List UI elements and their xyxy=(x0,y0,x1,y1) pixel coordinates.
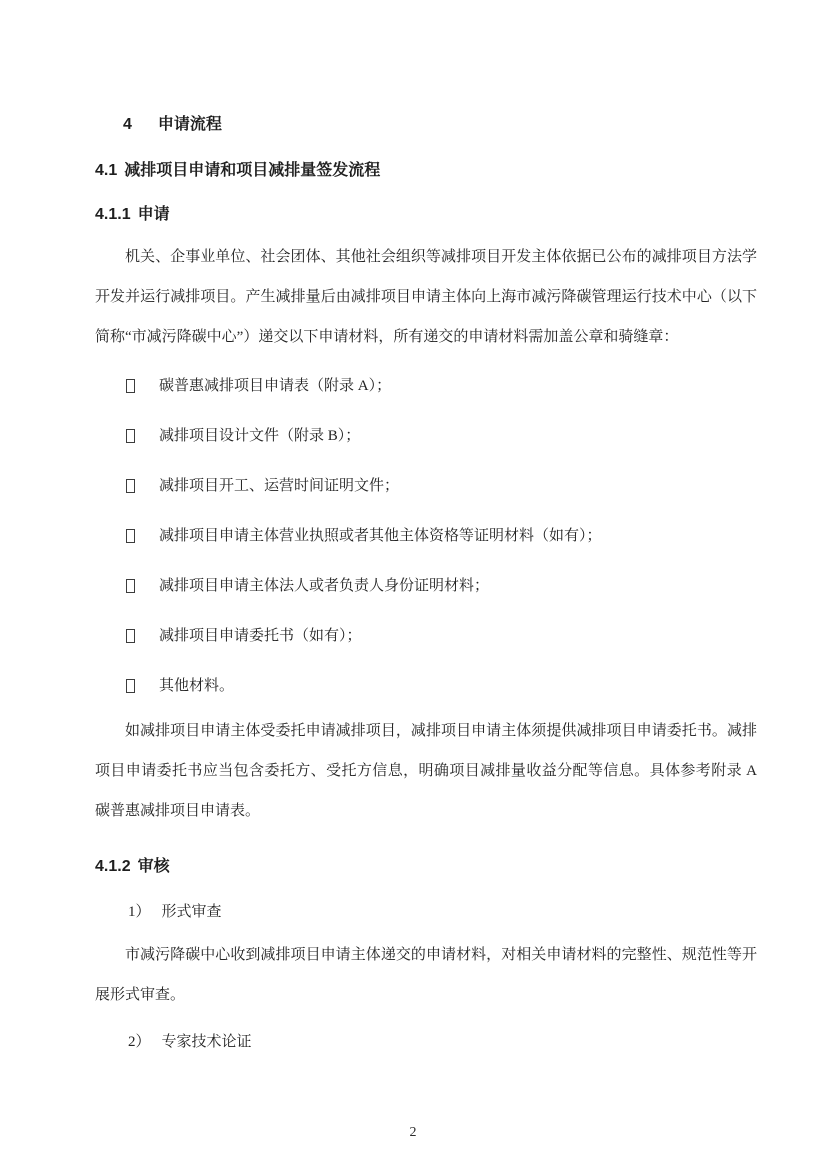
list-item-text: 减排项目申请主体营业执照或者其他主体资格等证明材料（如有）； xyxy=(159,526,602,546)
list-item-text: 减排项目申请主体法人或者负责人身份证明材料； xyxy=(159,576,489,596)
heading-section-4-1-2-title: 审核 xyxy=(138,856,170,878)
materials-list: 碳普惠减排项目申请表（附录 A）； 减排项目设计文件（附录 B）； 减排项目开工… xyxy=(95,376,757,696)
document-content: 4 申请流程 4.1 减排项目申请和项目减排量签发流程 4.1.1 申请 机关、… xyxy=(0,0,826,1052)
heading-section-4-1-title: 减排项目申请和项目减排量签发流程 xyxy=(124,160,380,182)
document-page: 4 申请流程 4.1 减排项目申请和项目减排量签发流程 4.1.1 申请 机关、… xyxy=(0,0,826,1169)
page-number: 2 xyxy=(0,1124,826,1142)
heading-section-4-1-1: 4.1.1 申请 xyxy=(95,204,757,226)
heading-section-4-1-2-number: 4.1.2 xyxy=(95,856,131,878)
review-step-1-body: 市减污降碳中心收到减排项目申请主体递交的申请材料，对相关申请材料的完整性、规范性… xyxy=(95,935,757,1015)
tofu-bullet-icon xyxy=(126,379,135,393)
heading-section-4-1-1-number: 4.1.1 xyxy=(95,204,131,226)
intro-paragraph: 机关、企事业单位、社会团体、其他社会组织等减排项目开发主体依据已公布的减排项目方… xyxy=(95,237,757,357)
list-item: 减排项目设计文件（附录 B）； xyxy=(126,426,757,446)
tofu-bullet-icon xyxy=(126,679,135,693)
list-item: 其他材料。 xyxy=(126,676,757,696)
list-item: 减排项目申请主体营业执照或者其他主体资格等证明材料（如有）； xyxy=(126,526,757,546)
tofu-bullet-icon xyxy=(126,529,135,543)
review-step-2: 2） 专家技术论证 xyxy=(128,1032,757,1052)
heading-section-4: 4 申请流程 xyxy=(123,114,757,136)
review-step-1-number: 1） xyxy=(128,902,151,922)
review-step-1-title: 形式审查 xyxy=(162,902,222,922)
list-item-text: 减排项目开工、运营时间证明文件； xyxy=(159,476,399,496)
heading-section-4-number: 4 xyxy=(123,114,132,136)
list-item: 碳普惠减排项目申请表（附录 A）； xyxy=(126,376,757,396)
review-step-2-title: 专家技术论证 xyxy=(162,1032,252,1052)
list-item: 减排项目申请委托书（如有）； xyxy=(126,626,757,646)
tofu-bullet-icon xyxy=(126,429,135,443)
delegation-paragraph: 如减排项目申请主体受委托申请减排项目，减排项目申请主体须提供减排项目申请委托书。… xyxy=(95,711,757,831)
tofu-bullet-icon xyxy=(126,579,135,593)
heading-section-4-1-2: 4.1.2 审核 xyxy=(95,856,757,878)
review-step-1: 1） 形式审查 xyxy=(128,902,757,922)
heading-section-4-1-1-title: 申请 xyxy=(138,204,170,226)
list-item: 减排项目申请主体法人或者负责人身份证明材料； xyxy=(126,576,757,596)
list-item: 减排项目开工、运营时间证明文件； xyxy=(126,476,757,496)
tofu-bullet-icon xyxy=(126,479,135,493)
heading-section-4-title: 申请流程 xyxy=(158,114,222,136)
list-item-text: 减排项目设计文件（附录 B）； xyxy=(159,426,360,446)
tofu-bullet-icon xyxy=(126,629,135,643)
heading-section-4-1-number: 4.1 xyxy=(95,160,117,182)
heading-section-4-1: 4.1 减排项目申请和项目减排量签发流程 xyxy=(95,160,757,182)
review-step-2-number: 2） xyxy=(128,1032,151,1052)
list-item-text: 减排项目申请委托书（如有）； xyxy=(159,626,362,646)
list-item-text: 碳普惠减排项目申请表（附录 A）； xyxy=(159,376,391,396)
list-item-text: 其他材料。 xyxy=(159,676,234,696)
